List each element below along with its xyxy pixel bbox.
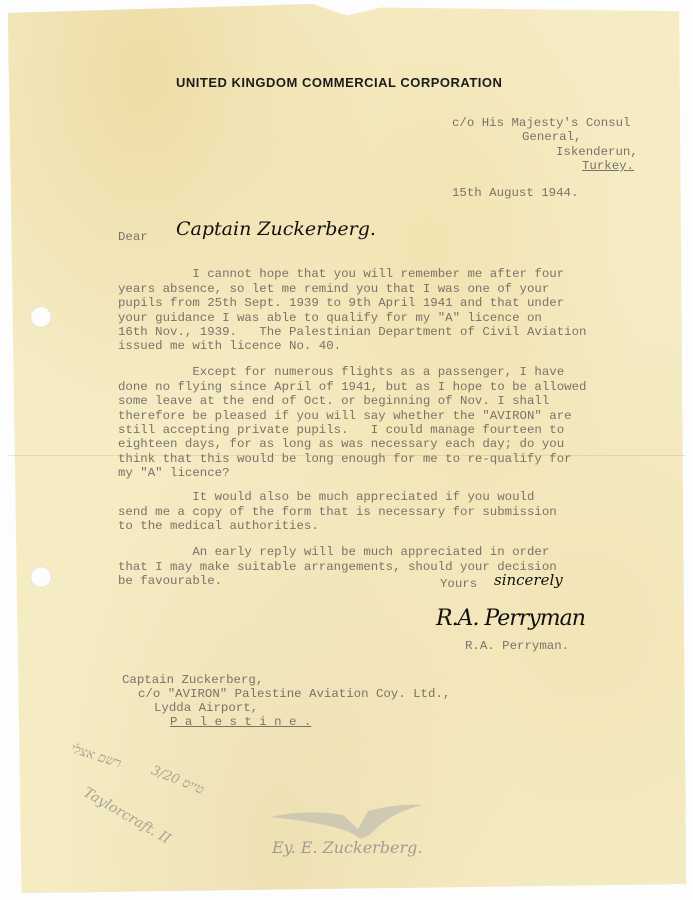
body-paragraph-4: An early reply will be much appreciated … bbox=[118, 531, 557, 603]
closing-typed: Yours bbox=[440, 577, 477, 591]
text-line: still accepting private pupils. I could … bbox=[118, 423, 586, 437]
text-line: be favourable. bbox=[118, 574, 557, 588]
text-line: your guidance I was able to qualify for … bbox=[118, 311, 586, 325]
recipient-address-line2: c/o "AVIRON" Palestine Aviation Coy. Ltd… bbox=[138, 687, 450, 701]
text-line: send me a copy of the form that is neces… bbox=[118, 505, 557, 519]
letter-date: 15th August 1944. bbox=[452, 186, 578, 200]
text-line: that I may make suitable arrangements, s… bbox=[118, 560, 557, 574]
text-line: It would also be much appreciated if you… bbox=[118, 490, 557, 504]
sender-address-line1: c/o His Majesty's Consul bbox=[452, 116, 630, 130]
letterhead: UNITED KINGDOM COMMERCIAL CORPORATION bbox=[176, 75, 502, 90]
stamp-signature: Ey. E. Zuckerberg. bbox=[272, 838, 423, 857]
punch-hole-bottom bbox=[30, 566, 52, 588]
text-line: done no flying since April of 1941, but … bbox=[118, 380, 586, 394]
text-line: some leave at the end of Oct. or beginni… bbox=[118, 394, 586, 408]
text-line: years absence, so let me remind you that… bbox=[118, 282, 586, 296]
closing-handwritten: sincerely bbox=[494, 571, 563, 589]
sender-address-line4: Turkey. bbox=[582, 159, 634, 173]
text-line: therefore be pleased if you will say whe… bbox=[118, 409, 586, 423]
recipient-address-line3: Lydda Airport, bbox=[154, 701, 258, 715]
text-line: An early reply will be much appreciated … bbox=[118, 545, 557, 559]
typed-name: R.A. Perryman. bbox=[465, 639, 569, 653]
text-line: I cannot hope that you will remember me … bbox=[118, 267, 586, 281]
text-line: pupils from 25th Sept. 1939 to 9th April… bbox=[118, 296, 586, 310]
text-line: Except for numerous flights as a passeng… bbox=[118, 365, 586, 379]
recipient-address-line4: P a l e s t i n e . bbox=[170, 715, 311, 729]
salutation-handwritten: Captain Zuckerberg. bbox=[176, 218, 376, 240]
sender-address-line3: Iskenderun, bbox=[556, 145, 638, 159]
text-line: 16th Nov., 1939. The Palestinian Departm… bbox=[118, 325, 586, 339]
sender-address-line2: General, bbox=[522, 130, 582, 144]
recipient-address-line1: Captain Zuckerberg, bbox=[122, 673, 263, 687]
punch-hole-top bbox=[30, 306, 52, 328]
text-line: eighteen days, for as long as was necess… bbox=[118, 437, 586, 451]
text-line: think that this would be long enough for… bbox=[118, 452, 586, 466]
body-paragraph-2: Except for numerous flights as a passeng… bbox=[118, 351, 586, 495]
salutation-typed: Dear bbox=[118, 230, 148, 244]
signature: R.A. Perryman bbox=[436, 606, 585, 631]
